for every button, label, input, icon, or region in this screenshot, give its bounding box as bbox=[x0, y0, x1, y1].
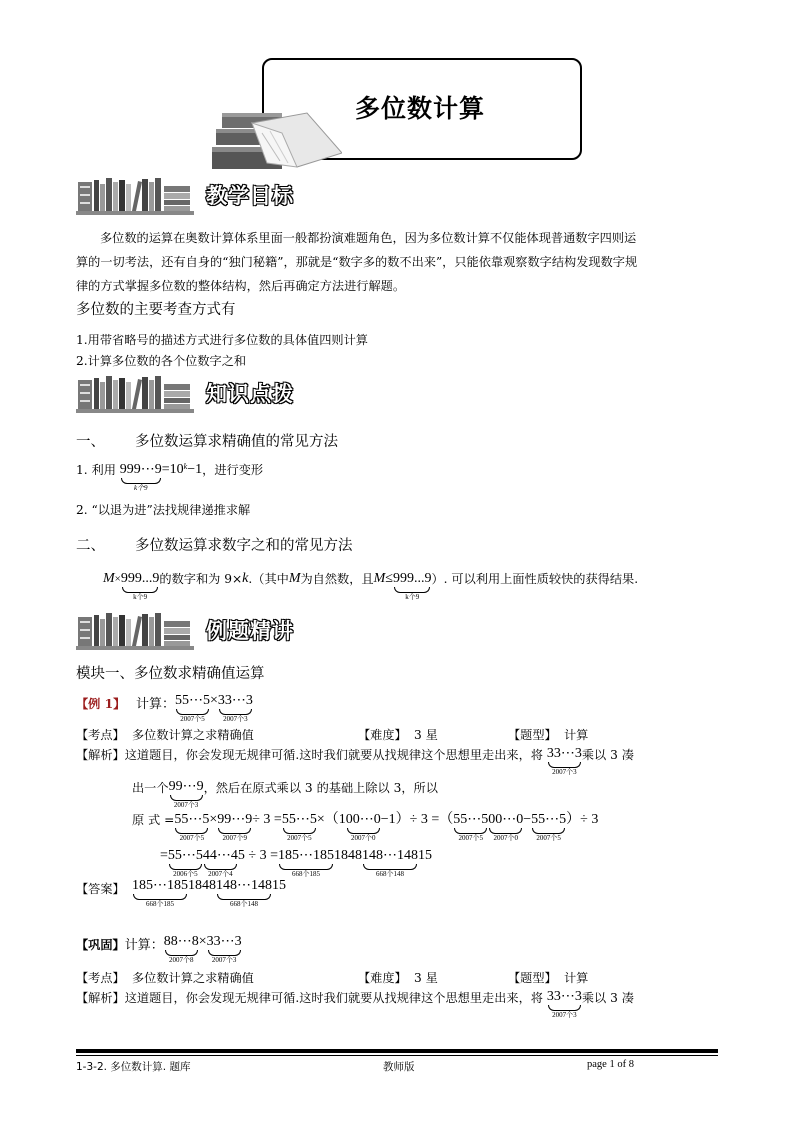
objectives-intro: 多位数的运算在奥数计算体系里面一般都扮演难题角色，因为多位数计算不仅能体现普通数… bbox=[76, 226, 721, 298]
knowledge-item-1: 1. 利用 999⋯9k个9=10k −1，进行变形 bbox=[76, 462, 263, 493]
footer-center: 教师版 bbox=[383, 1059, 415, 1074]
intro-line-1: 多位数的运算在奥数计算体系里面一般都扮演难题角色，因为多位数计算不仅能体现普通数… bbox=[76, 226, 721, 250]
section-banner-knowledge: 知识点拨 bbox=[76, 374, 366, 416]
banner-title: 教学目标 bbox=[206, 180, 294, 210]
example-1-answer: 【答案】185⋯185668个1851848148⋯148668个14815 bbox=[76, 878, 286, 909]
example-1-equation-2: = 55⋯52006个544⋯42007个45 ÷ 3 = 185⋯185668… bbox=[160, 848, 432, 879]
underbrace-expr: 999⋯9k个9 bbox=[120, 462, 162, 493]
consolidate-question: 【巩固】计算：88⋯82007个8×33⋯32007个3 bbox=[76, 934, 242, 965]
example-1-equation-1: 原 式 = 55⋯52007个5×99⋯92007个9÷ 3 = 55⋯5200… bbox=[132, 812, 598, 843]
section-banner-examples: 例题精讲 bbox=[76, 611, 366, 653]
bookshelf-icon bbox=[76, 611, 196, 651]
footer-left: 1-3-2. 多位数计算. 题库 bbox=[76, 1059, 190, 1074]
footer-page-number: page 1 of 8 bbox=[587, 1059, 634, 1070]
example-1-analysis-line1: 【解析】这道题目，你会发现无规律可循.这时我们就要从找规律这个思想里走出来，将 … bbox=[76, 746, 634, 777]
heading-number: 二、 bbox=[76, 538, 105, 554]
section-banner-objectives: 教学目标 bbox=[76, 176, 366, 218]
knowledge-heading-1: 一、多位数运算求精确值的常见方法 bbox=[76, 430, 338, 451]
module-title: 模块一、多位数求精确值运算 bbox=[76, 662, 265, 683]
bookshelf-icon bbox=[76, 176, 196, 216]
banner-title: 例题精讲 bbox=[206, 615, 294, 645]
underbrace-expr: 999...9k个9 bbox=[393, 571, 432, 602]
books-stack-icon bbox=[212, 103, 342, 171]
bookshelf-icon bbox=[76, 374, 196, 414]
intro-line-2: 算的一切考法，还有自身的“独门秘籍”，那就是“数字多的数不出来”，只能依靠观察数… bbox=[76, 250, 721, 274]
objectives-item-2: 2.计算多位数的各个位数字之和 bbox=[76, 349, 246, 373]
underbrace-expr: 99⋯92007个3 bbox=[169, 779, 204, 810]
knowledge-item-2: 2. “以退为进”法找规律递推求解 bbox=[76, 498, 250, 522]
example-1-question: 【例 1】计算：55⋯52007个5×33⋯32007个3 bbox=[76, 693, 253, 724]
example-1-analysis-line2: 出一个99⋯92007个3，然后在原式乘以 3 的基础上除以 3，所以 bbox=[132, 779, 438, 810]
objectives-subheading: 多位数的主要考查方式有 bbox=[76, 298, 236, 319]
tixing-value: 计算 bbox=[564, 726, 588, 743]
knowledge-heading-2: 二、多位数运算求数字之和的常见方法 bbox=[76, 534, 353, 555]
underbrace-expr: 55⋯52007个5 bbox=[175, 693, 210, 724]
example-tag: 【例 1】 bbox=[76, 695, 136, 712]
kaodian-value: 多位数计算之求精确值 bbox=[132, 726, 254, 743]
consolidate-analysis-line1: 【解析】这道题目，你会发现无规律可循.这时我们就要从找规律这个思想里走出来，将 … bbox=[76, 989, 634, 1020]
intro-line-3: 律的方式掌握多位数的整体结构，然后再确定方法进行解题。 bbox=[76, 274, 721, 298]
footer-rule-thin bbox=[76, 1055, 718, 1056]
consolidate-tag: 【巩固】 bbox=[76, 938, 125, 952]
underbrace-expr: 33⋯32007个3 bbox=[547, 746, 582, 777]
knowledge-digit-sum-rule: M×999...9k个9 的数字和为 9×k.（其中 M 为自然数，且 M≤99… bbox=[103, 571, 638, 602]
footer-rule-thick bbox=[76, 1049, 718, 1053]
underbrace-expr: 999...9k个9 bbox=[121, 571, 160, 602]
heading-text: 多位数运算求数字之和的常见方法 bbox=[135, 538, 353, 554]
heading-text: 多位数运算求精确值的常见方法 bbox=[135, 434, 338, 450]
banner-title: 知识点拨 bbox=[206, 378, 294, 408]
heading-number: 一、 bbox=[76, 434, 105, 450]
nandu-value: 3 星 bbox=[414, 726, 438, 743]
underbrace-expr: 33⋯32007个3 bbox=[218, 693, 253, 724]
